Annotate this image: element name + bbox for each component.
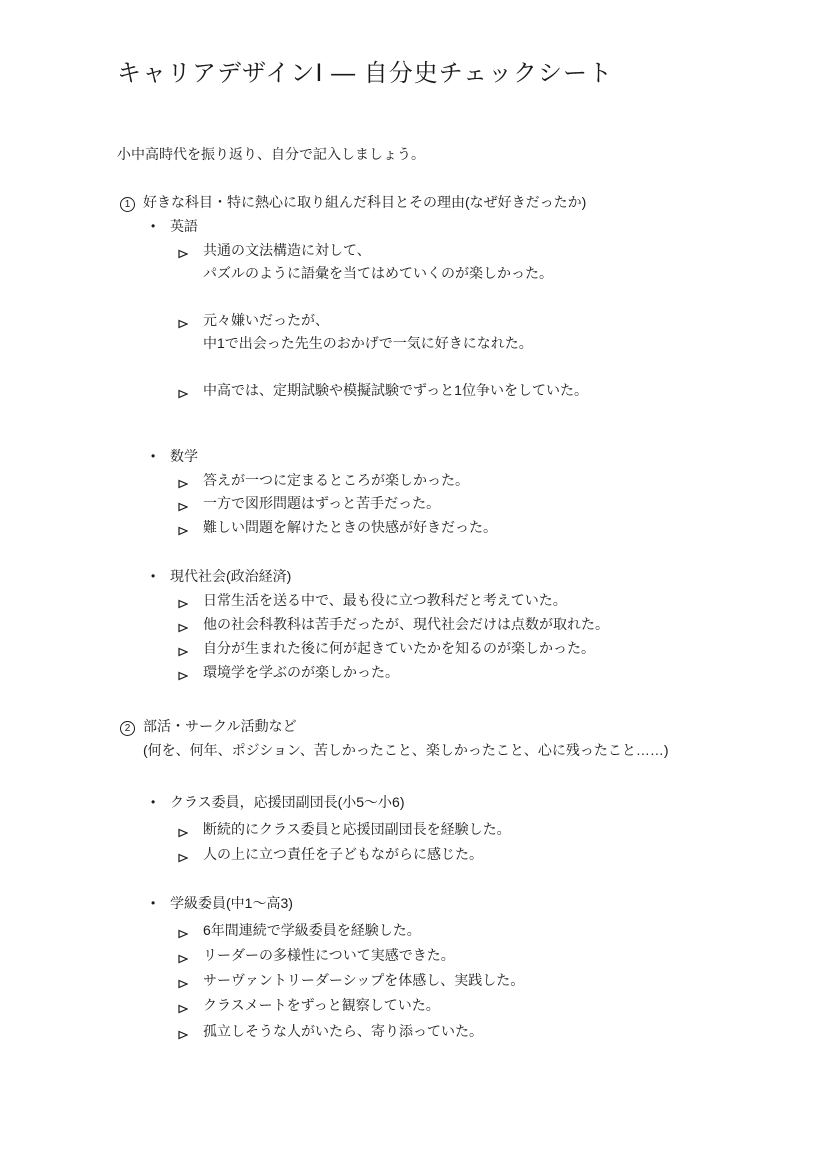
arrow-point: 他の社会科教科は苦手だったが、現代社会だけは点数が取れた。 bbox=[178, 612, 609, 636]
right-arrowhead-icon bbox=[178, 660, 203, 684]
arrow-point: 6年間連続で学級委員を経験した。 bbox=[178, 918, 421, 942]
bullet-item-class-rep: • クラス委員，応援団副団長(小5〜小6) bbox=[151, 790, 404, 814]
arrow-point: 断続的にクラス委員と応援団副団長を経験した。 bbox=[178, 817, 511, 841]
arrow-point-text: 一方で図形問題はずっと苦手だった。 bbox=[203, 491, 440, 515]
right-arrowhead-icon bbox=[178, 993, 203, 1017]
right-arrowhead-icon bbox=[178, 842, 203, 866]
section-2-subheading-text: (何を、何年、ポジション、苦しかったこと、楽しかったこと、心に残ったこと……) bbox=[143, 738, 669, 762]
right-arrowhead-icon bbox=[178, 817, 203, 841]
right-arrowhead-icon bbox=[178, 968, 203, 992]
arrow-point: リーダーの多様性について実感できた。 bbox=[178, 943, 455, 967]
right-arrowhead-icon bbox=[178, 612, 203, 636]
arrow-point: 孤立しそうな人がいたら、寄り添っていた。 bbox=[178, 1019, 483, 1043]
arrow-point-text: 中高では、定期試験や模擬試験でずっと1位争いをしていた。 bbox=[203, 378, 588, 402]
arrow-point-text: 6年間連続で学級委員を経験した。 bbox=[203, 918, 421, 942]
right-arrowhead-icon bbox=[178, 378, 203, 402]
bullet-item-social-studies: • 現代社会(政治経済) bbox=[151, 564, 291, 588]
right-arrowhead-icon bbox=[178, 515, 203, 539]
right-arrowhead-icon bbox=[178, 918, 203, 942]
arrow-point: 環境学を学ぶのが楽しかった。 bbox=[178, 660, 399, 684]
arrow-point-text: リーダーの多様性について実感できた。 bbox=[203, 943, 455, 967]
arrow-point-text: 環境学を学ぶのが楽しかった。 bbox=[203, 660, 399, 684]
arrow-point: 日常生活を送る中で、最も役に立つ教科だと考えていた。 bbox=[178, 588, 567, 612]
section-2-circled-number-icon: 2 bbox=[120, 714, 143, 738]
arrow-point-text: 断続的にクラス委員と応援団副団長を経験した。 bbox=[203, 817, 511, 841]
arrow-point-continuation: パズルのように語彙を当てはめていくのが楽しかった。 bbox=[203, 261, 553, 285]
right-arrowhead-icon bbox=[178, 491, 203, 515]
intro-text: 小中高時代を振り返り、自分で記入しましょう。 bbox=[117, 142, 425, 166]
arrow-point: 中高では、定期試験や模擬試験でずっと1位争いをしていた。 bbox=[178, 378, 588, 402]
bullet-dot-icon: • bbox=[151, 564, 170, 588]
bullet-dot-icon: • bbox=[151, 891, 170, 915]
arrow-point-text: 人の上に立つ責任を子どもながらに感じた。 bbox=[203, 842, 483, 866]
intro-text-label: 小中高時代を振り返り、自分で記入しましょう。 bbox=[117, 142, 425, 166]
section-1-heading: 好きな科目・特に熱心に取り組んだ科目とその理由(なぜ好きだったか) bbox=[143, 190, 586, 214]
right-arrowhead-icon bbox=[178, 1019, 203, 1043]
bullet-item-homeroom-rep: • 学級委員(中1〜高3) bbox=[151, 891, 293, 915]
arrow-point-text: 共通の文法構造に対して、 bbox=[203, 238, 371, 262]
section-1-heading-row: 1 好きな科目・特に熱心に取り組んだ科目とその理由(なぜ好きだったか) bbox=[120, 190, 586, 214]
arrow-point: 答えが一つに定まるところが楽しかった。 bbox=[178, 468, 469, 492]
arrow-point: 一方で図形問題はずっと苦手だった。 bbox=[178, 491, 440, 515]
document-title: キャリアデザインⅠ ― 自分史チェックシート bbox=[117, 58, 613, 90]
right-arrowhead-icon bbox=[178, 468, 203, 492]
arrow-point-text: 中1で出会った先生のおかげで一気に好きになれた。 bbox=[203, 331, 533, 355]
section-1-circled-number-icon: 1 bbox=[120, 190, 143, 214]
right-arrowhead-icon bbox=[178, 636, 203, 660]
arrow-point-text: パズルのように語彙を当てはめていくのが楽しかった。 bbox=[203, 261, 553, 285]
section-2-subheading: (何を、何年、ポジション、苦しかったこと、楽しかったこと、心に残ったこと……) bbox=[143, 738, 669, 762]
bullet-label: 現代社会(政治経済) bbox=[170, 564, 291, 588]
arrow-point: クラスメートをずっと観察していた。 bbox=[178, 993, 440, 1017]
arrow-point-text: 孤立しそうな人がいたら、寄り添っていた。 bbox=[203, 1019, 483, 1043]
arrow-point-text: 他の社会科教科は苦手だったが、現代社会だけは点数が取れた。 bbox=[203, 612, 609, 636]
arrow-point-text: 答えが一つに定まるところが楽しかった。 bbox=[203, 468, 469, 492]
arrow-point-text: 難しい問題を解けたときの快感が好きだった。 bbox=[203, 515, 497, 539]
bullet-dot-icon: • bbox=[151, 444, 170, 468]
arrow-point: 元々嫌いだったが、 bbox=[178, 308, 329, 332]
arrow-point: サーヴァントリーダーシップを体感し、実践した。 bbox=[178, 968, 524, 992]
document-page: キャリアデザインⅠ ― 自分史チェックシート 小中高時代を振り返り、自分で記入し… bbox=[0, 0, 826, 1169]
bullet-dot-icon: • bbox=[151, 790, 170, 814]
arrow-point: 自分が生まれた後に何が起きていたかを知るのが楽しかった。 bbox=[178, 636, 595, 660]
bullet-item-math: • 数学 bbox=[151, 444, 198, 468]
arrow-point-text: 元々嫌いだったが、 bbox=[203, 308, 329, 332]
bullet-label: 学級委員(中1〜高3) bbox=[170, 891, 293, 915]
right-arrowhead-icon bbox=[178, 308, 203, 332]
arrow-point-continuation: 中1で出会った先生のおかげで一気に好きになれた。 bbox=[203, 331, 533, 355]
bullet-label: 数学 bbox=[170, 444, 198, 468]
bullet-dot-icon: • bbox=[151, 214, 170, 238]
arrow-point-text: 自分が生まれた後に何が起きていたかを知るのが楽しかった。 bbox=[203, 636, 595, 660]
right-arrowhead-icon bbox=[178, 238, 203, 262]
arrow-point: 難しい問題を解けたときの快感が好きだった。 bbox=[178, 515, 497, 539]
bullet-item-english: • 英語 bbox=[151, 214, 198, 238]
bullet-label: クラス委員，応援団副団長(小5〜小6) bbox=[170, 790, 404, 814]
right-arrowhead-icon bbox=[178, 588, 203, 612]
arrow-point-text: サーヴァントリーダーシップを体感し、実践した。 bbox=[203, 968, 524, 992]
right-arrowhead-icon bbox=[178, 943, 203, 967]
arrow-point: 人の上に立つ責任を子どもながらに感じた。 bbox=[178, 842, 483, 866]
arrow-point-text: クラスメートをずっと観察していた。 bbox=[203, 993, 440, 1017]
arrow-point-text: 日常生活を送る中で、最も役に立つ教科だと考えていた。 bbox=[203, 588, 567, 612]
bullet-label: 英語 bbox=[170, 214, 198, 238]
arrow-point: 共通の文法構造に対して、 bbox=[178, 238, 371, 262]
section-2-heading: 部活・サークル活動など bbox=[143, 714, 297, 738]
section-2-heading-row: 2 部活・サークル活動など bbox=[120, 714, 297, 738]
